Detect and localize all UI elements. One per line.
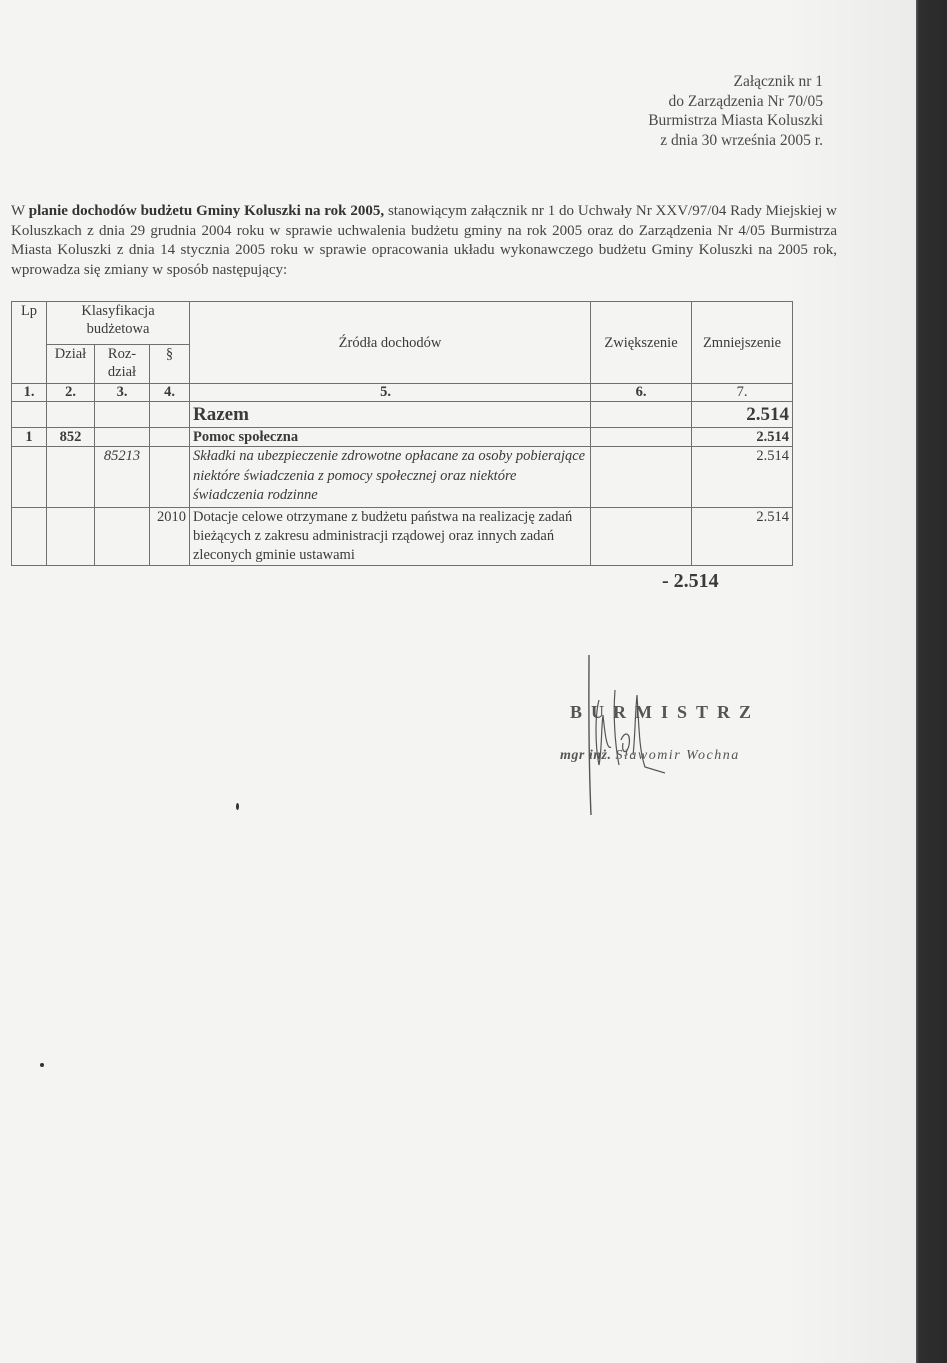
- intro-prefix: W: [11, 203, 29, 219]
- budget-changes-table: Lp Klasyfikacja budżetowa Źródła dochodó…: [11, 301, 793, 566]
- header-classification: Klasyfikacja budżetowa: [47, 302, 190, 345]
- row-description: Składki na ubezpieczenie zdrowotne opłac…: [190, 447, 591, 508]
- header-decrease: Zmniejszenie: [692, 302, 793, 384]
- col-num: 3.: [95, 384, 150, 402]
- table-row: 85213 Składki na ubezpieczenie zdrowotne…: [12, 447, 793, 508]
- row-rozdzial: [95, 508, 150, 566]
- row-decrease: 2.514: [692, 447, 793, 508]
- intro-bold: planie dochodów budżetu Gminy Koluszki n…: [29, 203, 384, 219]
- row-increase: [591, 428, 692, 447]
- attachment-header: Załącznik nr 1 do Zarządzenia Nr 70/05 B…: [648, 72, 823, 150]
- total-increase: [591, 402, 692, 428]
- scan-speck: [236, 803, 239, 810]
- total-label: Razem: [190, 402, 591, 428]
- table-row: 2010 Dotacje celowe otrzymane z budżetu …: [12, 508, 793, 566]
- total-decrease: 2.514: [692, 402, 793, 428]
- header-rozdzial: Roz- dział: [95, 345, 150, 384]
- col-num: 5.: [190, 384, 591, 402]
- row-lp: [12, 508, 47, 566]
- header-dzial: Dział: [47, 345, 95, 384]
- intro-paragraph: W planie dochodów budżetu Gminy Koluszki…: [11, 202, 837, 280]
- column-number-row: 1. 2. 3. 4. 5. 6. 7.: [12, 384, 793, 402]
- row-dzial: [47, 508, 95, 566]
- header-paragraph: §: [150, 345, 190, 384]
- row-paragraph: 2010: [150, 508, 190, 566]
- row-paragraph: [150, 428, 190, 447]
- col-num: 6.: [591, 384, 692, 402]
- header-line: Załącznik nr 1: [648, 72, 823, 92]
- row-dzial: [47, 447, 95, 508]
- row-rozdzial: [95, 428, 150, 447]
- row-lp: [12, 447, 47, 508]
- total-row: Razem 2.514: [12, 402, 793, 428]
- col-num: 4.: [150, 384, 190, 402]
- col-num: 7.: [692, 384, 793, 402]
- header-line: do Zarządzenia Nr 70/05: [648, 92, 823, 112]
- net-change-total: - 2.514: [662, 570, 719, 593]
- handwritten-signature-icon: [585, 655, 665, 820]
- row-description: Pomoc społeczna: [190, 428, 591, 447]
- row-decrease: 2.514: [692, 428, 793, 447]
- row-paragraph: [150, 447, 190, 508]
- header-sources: Źródła dochodów: [190, 302, 591, 384]
- scan-speck: [40, 1063, 44, 1067]
- col-num: 2.: [47, 384, 95, 402]
- col-num: 1.: [12, 384, 47, 402]
- scan-edge-border: [916, 0, 947, 1363]
- header-line: z dnia 30 września 2005 r.: [648, 131, 823, 151]
- row-decrease: 2.514: [692, 508, 793, 566]
- row-lp: 1: [12, 428, 47, 447]
- header-increase: Zwiększenie: [591, 302, 692, 384]
- row-rozdzial: 85213: [95, 447, 150, 508]
- header-line: Burmistrza Miasta Koluszki: [648, 111, 823, 131]
- table-row: 1 852 Pomoc społeczna 2.514: [12, 428, 793, 447]
- header-lp: Lp: [12, 302, 47, 384]
- row-dzial: 852: [47, 428, 95, 447]
- row-increase: [591, 447, 692, 508]
- row-description: Dotacje celowe otrzymane z budżetu państ…: [190, 508, 591, 566]
- row-increase: [591, 508, 692, 566]
